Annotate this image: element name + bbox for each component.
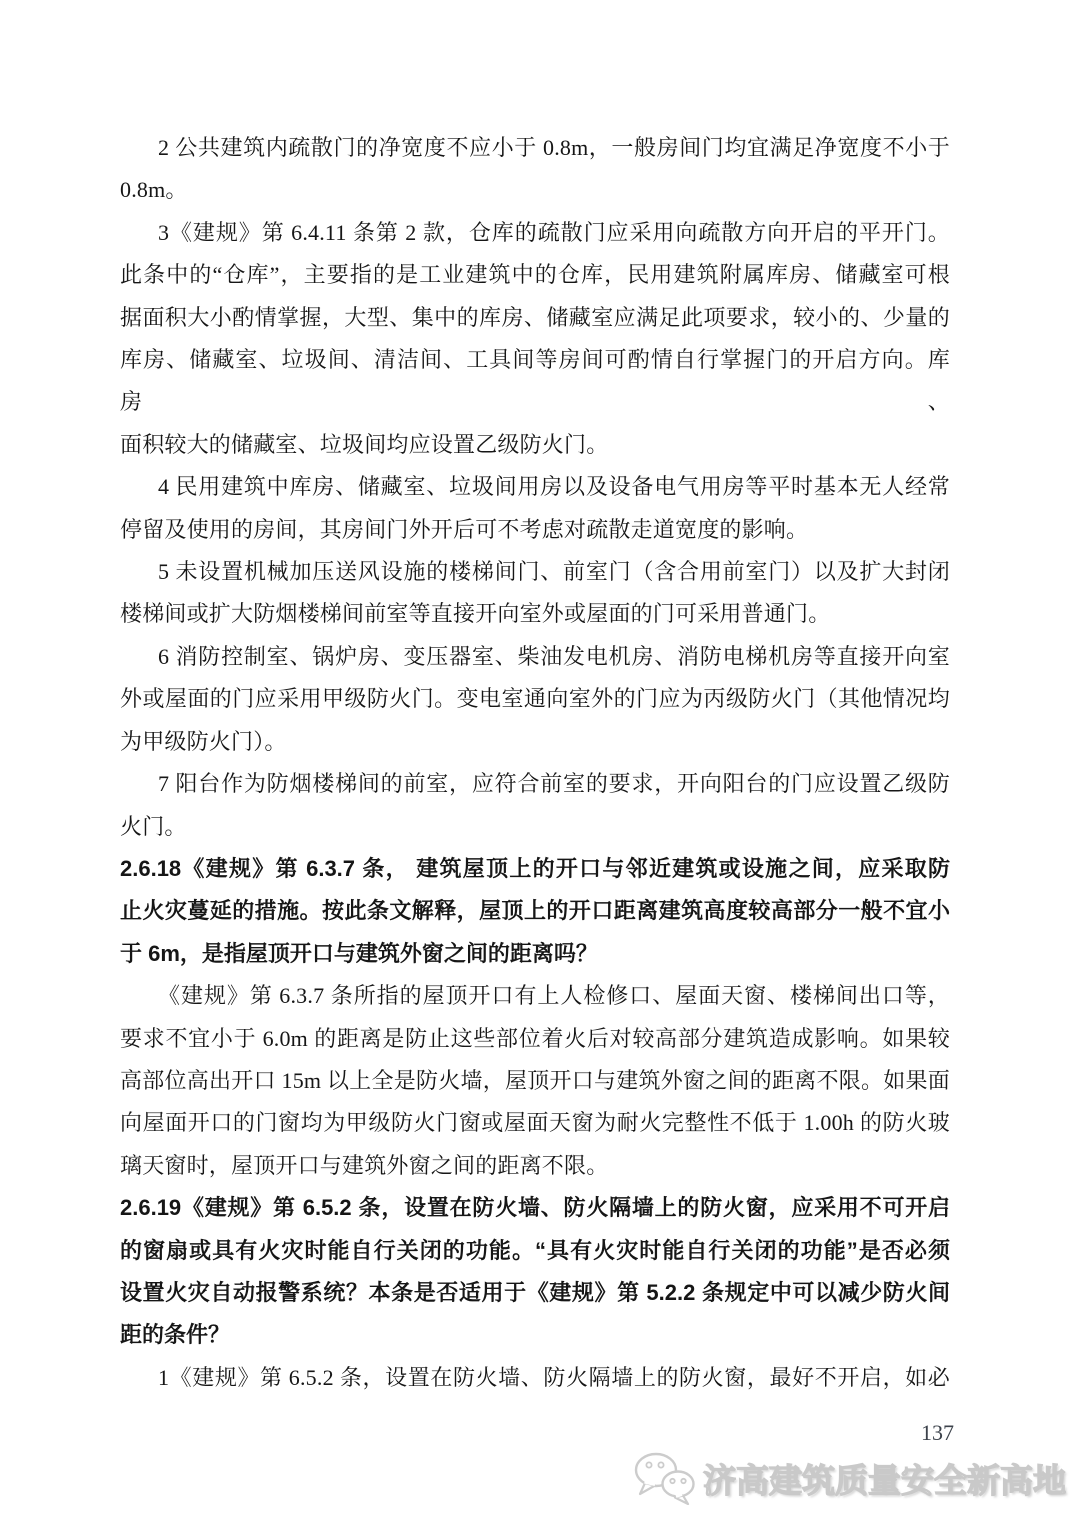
content-area: 2 公共建筑内疏散门的净宽度不应小于 0.8m，一般房间门均宜满足净宽度不小于0… — [120, 127, 950, 1399]
watermark: 济高建筑质量安全新高地 — [633, 1451, 1066, 1505]
text-line: 2.6.18《建规》第 6.3.7 条， 建筑屋顶上的开口与邻近建筑或设施之间，… — [120, 848, 950, 890]
body-paragraph: 《建规》第 6.3.7 条所指的屋顶开口有上人检修口、屋面天窗、楼梯间出口等，要… — [120, 975, 950, 1187]
question-paragraph: 2.6.18《建规》第 6.3.7 条， 建筑屋顶上的开口与邻近建筑或设施之间，… — [120, 848, 950, 975]
text-line: 库房、储藏室、垃圾间、清洁间、工具间等房间可酌情自行掌握门的开启方向。库房、 — [120, 339, 950, 424]
text-line: 为甲级防火门）。 — [120, 721, 950, 763]
body-paragraph: 4 民用建筑中库房、储藏室、垃圾间用房以及设备电气用房等平时基本无人经常停留及使… — [120, 466, 950, 551]
text-line: 止火灾蔓延的措施。按此条文解释，屋顶上的开口距离建筑高度较高部分一般不宜小 — [120, 890, 950, 932]
body-paragraph: 7 阳台作为防烟楼梯间的前室，应符合前室的要求，开向阳台的门应设置乙级防火门。 — [120, 763, 950, 848]
text-line: 距的条件？ — [120, 1314, 950, 1356]
watermark-text: 济高建筑质量安全新高地 — [703, 1455, 1066, 1502]
text-line: 高部位高出开口 15m 以上全是防火墙，屋顶开口与建筑外窗之间的距离不限。如果面 — [120, 1060, 950, 1102]
text-line: 此条中的“仓库”，主要指的是工业建筑中的仓库，民用建筑附属库房、储藏室可根 — [120, 254, 950, 296]
text-line: 1《建规》第 6.5.2 条，设置在防火墙、防火隔墙上的防火窗，最好不开启，如必 — [120, 1357, 950, 1399]
text-line: 面积较大的储藏室、垃圾间均应设置乙级防火门。 — [120, 424, 950, 466]
text-line: 6 消防控制室、锅炉房、变压器室、柴油发电机房、消防电梯机房等直接开向室 — [120, 636, 950, 678]
body-paragraph: 2 公共建筑内疏散门的净宽度不应小于 0.8m，一般房间门均宜满足净宽度不小于0… — [120, 127, 950, 212]
text-line: 3《建规》第 6.4.11 条第 2 款，仓库的疏散门应采用向疏散方向开启的平开… — [120, 212, 950, 254]
body-paragraph: 6 消防控制室、锅炉房、变压器室、柴油发电机房、消防电梯机房等直接开向室外或屋面… — [120, 636, 950, 763]
page-number: 137 — [921, 1420, 954, 1446]
text-line: 停留及使用的房间，其房间门外开后可不考虑对疏散走道宽度的影响。 — [120, 509, 950, 551]
text-line: 5 未设置机械加压送风设施的楼梯间门、前室门（含合用前室门）以及扩大封闭 — [120, 551, 950, 593]
text-line: 据面积大小酌情掌握，大型、集中的库房、储藏室应满足此项要求，较小的、少量的 — [120, 297, 950, 339]
text-line: 7 阳台作为防烟楼梯间的前室，应符合前室的要求，开向阳台的门应设置乙级防 — [120, 763, 950, 805]
wechat-icon — [633, 1451, 697, 1505]
body-paragraph: 3《建规》第 6.4.11 条第 2 款，仓库的疏散门应采用向疏散方向开启的平开… — [120, 212, 950, 466]
text-line: 楼梯间或扩大防烟楼梯间前室等直接开向室外或屋面的门可采用普通门。 — [120, 593, 950, 635]
text-line: 火门。 — [120, 806, 950, 848]
text-line: 向屋面开口的门窗均为甲级防火门窗或屋面天窗为耐火完整性不低于 1.00h 的防火… — [120, 1102, 950, 1144]
text-line: 4 民用建筑中库房、储藏室、垃圾间用房以及设备电气用房等平时基本无人经常 — [120, 466, 950, 508]
body-paragraph: 5 未设置机械加压送风设施的楼梯间门、前室门（含合用前室门）以及扩大封闭楼梯间或… — [120, 551, 950, 636]
text-line: 璃天窗时，屋顶开口与建筑外窗之间的距离不限。 — [120, 1145, 950, 1187]
text-line: 的窗扇或具有火灾时能自行关闭的功能。“具有火灾时能自行关闭的功能”是否必须 — [120, 1230, 950, 1272]
text-line: 2.6.19《建规》第 6.5.2 条，设置在防火墙、防火隔墙上的防火窗，应采用… — [120, 1187, 950, 1229]
text-line: 0.8m。 — [120, 169, 950, 211]
text-line: 要求不宜小于 6.0m 的距离是防止这些部位着火后对较高部分建筑造成影响。如果较 — [120, 1018, 950, 1060]
text-line: 《建规》第 6.3.7 条所指的屋顶开口有上人检修口、屋面天窗、楼梯间出口等， — [120, 975, 950, 1017]
text-line: 2 公共建筑内疏散门的净宽度不应小于 0.8m，一般房间门均宜满足净宽度不小于 — [120, 127, 950, 169]
text-line: 于 6m，是指屋顶开口与建筑外窗之间的距离吗？ — [120, 933, 950, 975]
question-paragraph: 2.6.19《建规》第 6.5.2 条，设置在防火墙、防火隔墙上的防火窗，应采用… — [120, 1187, 950, 1357]
document-page: 2 公共建筑内疏散门的净宽度不应小于 0.8m，一般房间门均宜满足净宽度不小于0… — [0, 0, 1080, 1527]
text-line: 外或屋面的门应采用甲级防火门。变电室通向室外的门应为丙级防火门（其他情况均 — [120, 678, 950, 720]
text-line: 设置火灾自动报警系统？本条是否适用于《建规》第 5.2.2 条规定中可以减少防火… — [120, 1272, 950, 1314]
body-paragraph: 1《建规》第 6.5.2 条，设置在防火墙、防火隔墙上的防火窗，最好不开启，如必 — [120, 1357, 950, 1399]
